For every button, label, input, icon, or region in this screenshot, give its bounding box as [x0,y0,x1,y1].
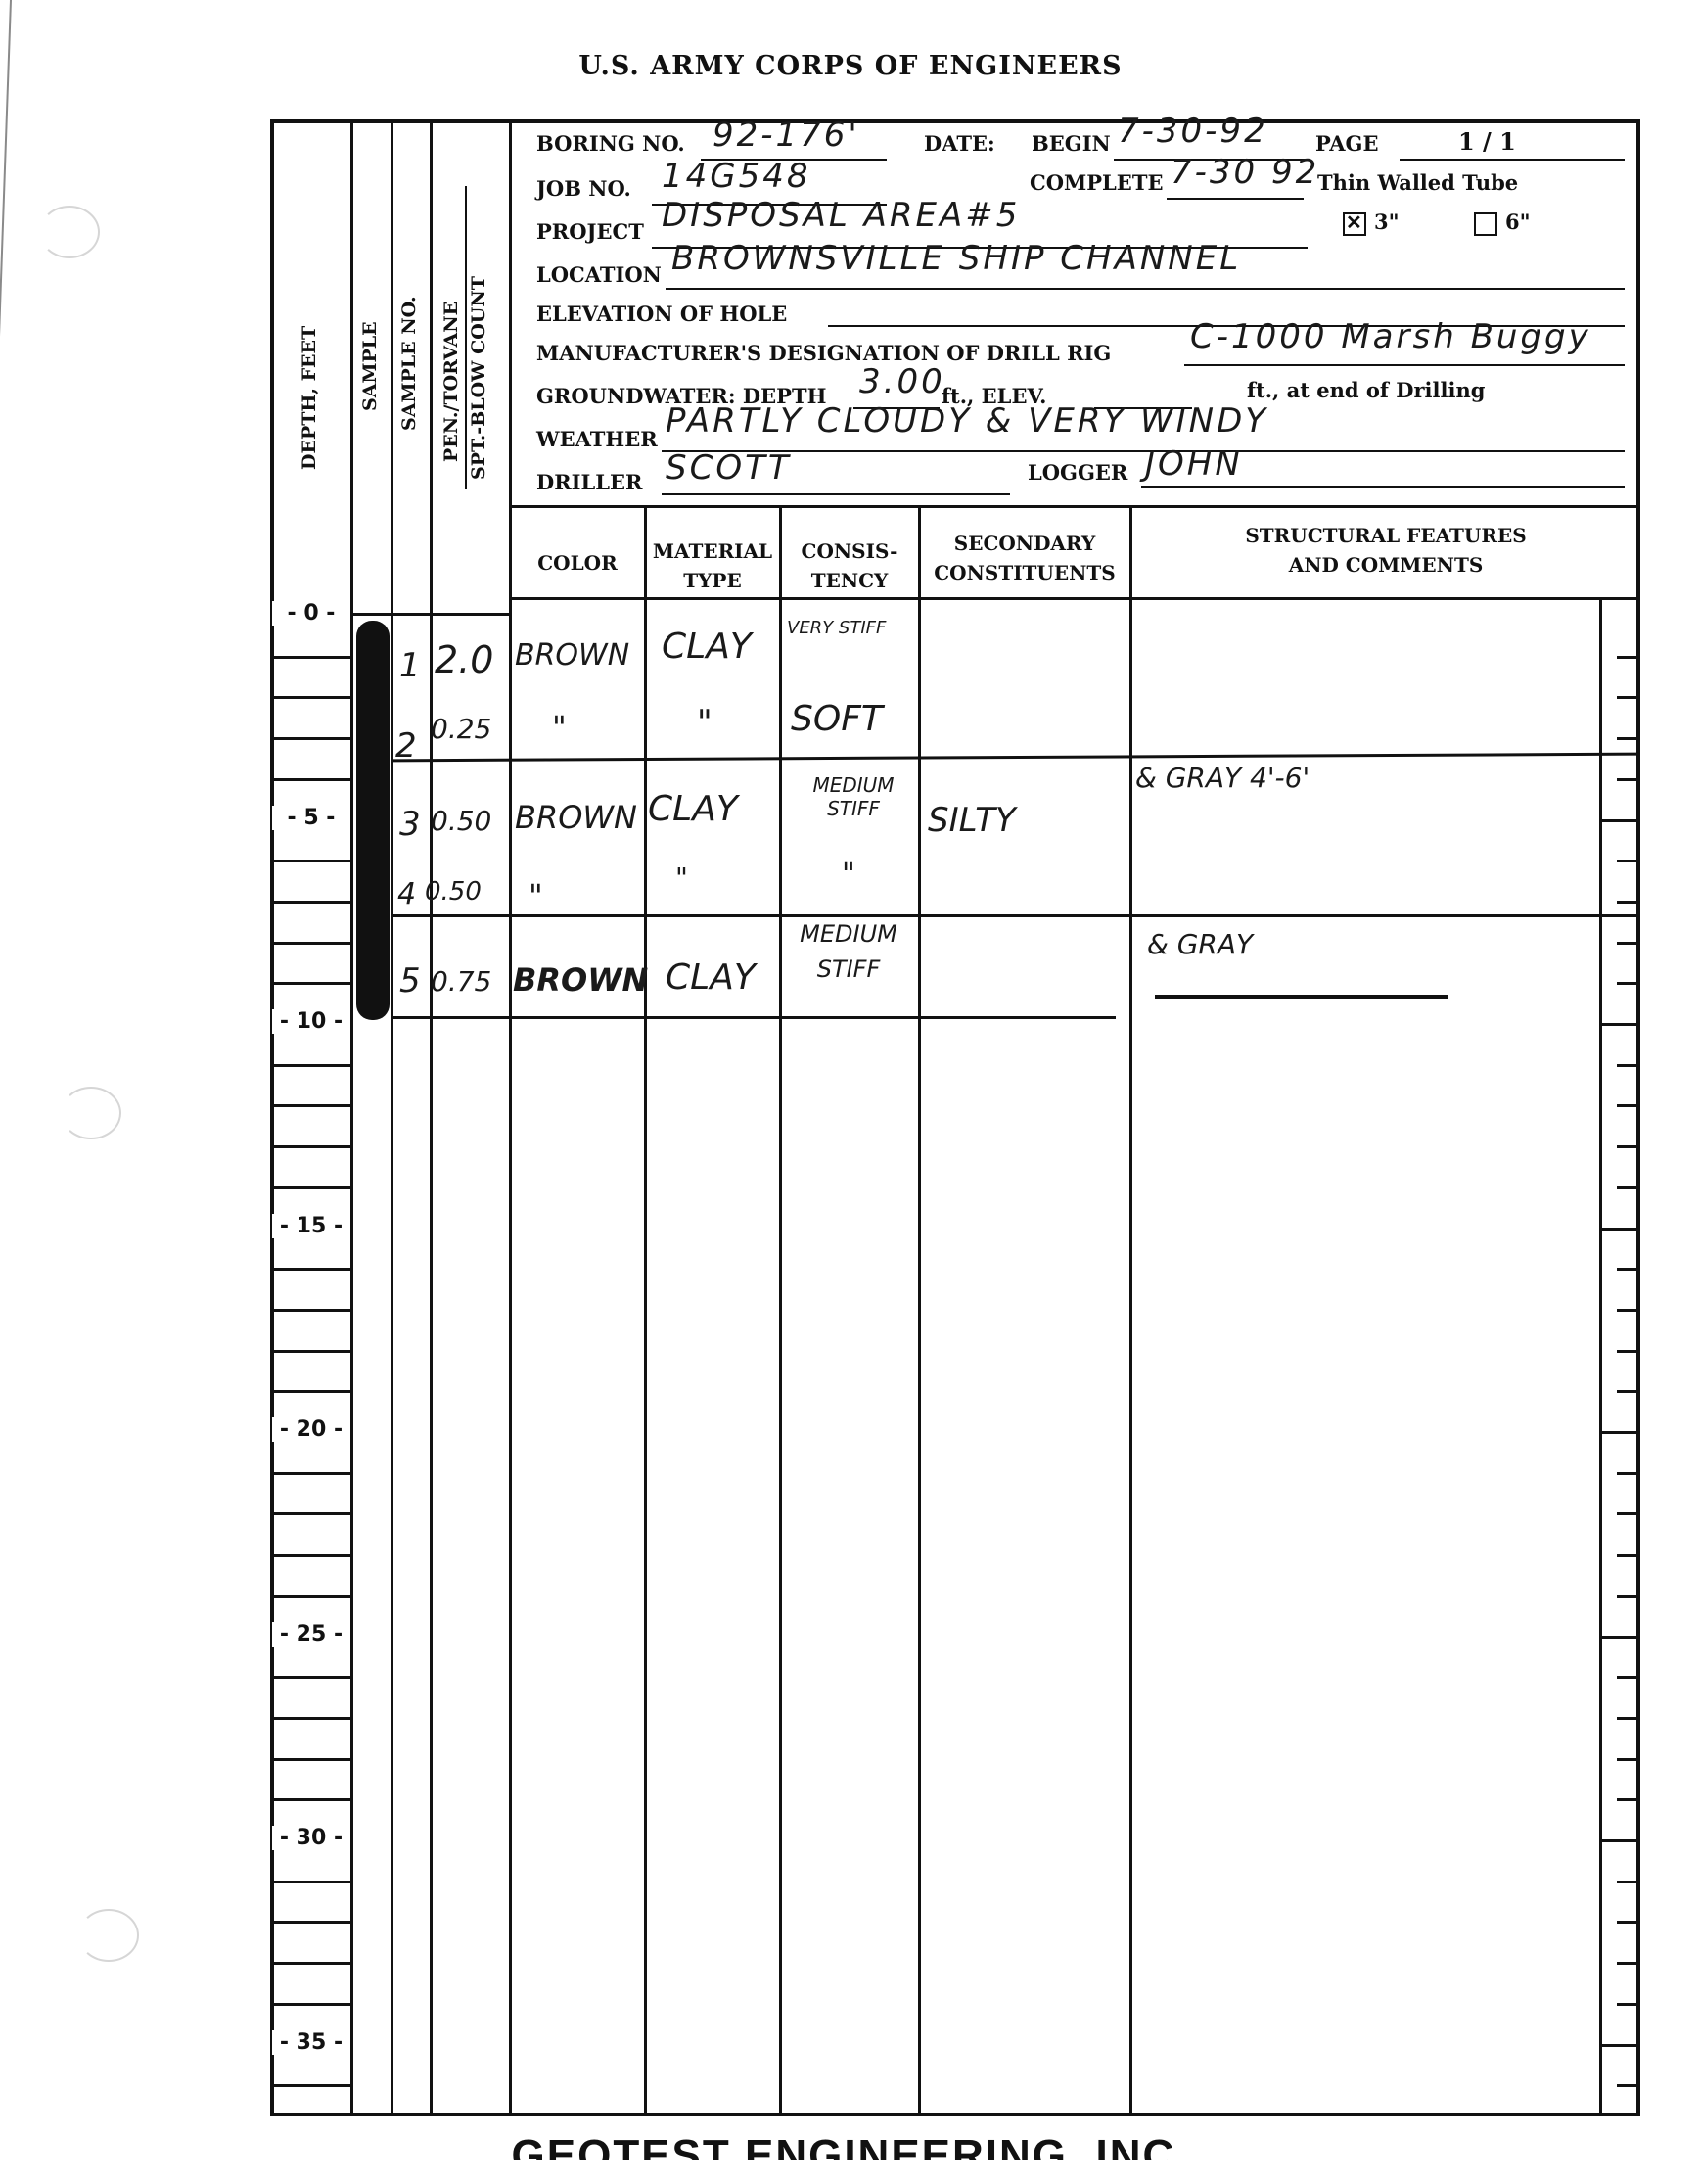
right-tick [1617,1309,1638,1312]
binder-hole-bottom [78,1909,139,1962]
sample-2-material: " [697,703,713,742]
depth-label: - 30 - [272,1826,350,1850]
depth-foot-line [270,2003,352,2006]
column-header-color: COLOR [511,548,644,578]
divider-material [779,505,782,2116]
job-no-label: JOB NO. [536,176,631,201]
boring-no-row: BORING NO. [536,131,685,156]
header-sample-no: SAMPLE NO. [398,296,420,431]
right-tick [1617,1512,1638,1515]
sample-interval-bar [356,621,390,1020]
groundwater-suffix: ft., at end of Drilling [1247,378,1485,402]
divider-sample [391,119,393,2116]
depth-foot-line [270,942,352,945]
depth-foot-line [270,1921,352,1924]
sample-3-comments: & GRAY 4'-6' [1135,762,1310,794]
location-value[interactable]: BROWNSVILLE SHIP CHANNEL [671,239,1241,278]
right-tick [1617,901,1638,904]
depth-foot-line [270,1104,352,1107]
right-tick [1617,1186,1638,1189]
right-tick [1617,2084,1638,2087]
right-tick [1617,1350,1638,1353]
depth-foot-line [270,2084,352,2087]
project-label: PROJECT [536,219,644,244]
divider-sample-no [430,119,433,2116]
drill-rig-value[interactable]: C-1000 Marsh Buggy [1190,317,1591,356]
depth-label: - 0 - [272,601,350,626]
right-tick [1617,696,1638,699]
page-label: PAGE [1315,131,1379,156]
right-tick [1617,778,1638,781]
sample-2-color: " [552,709,567,746]
sample-3-secondary: SILTY [928,801,1016,840]
consistency-header-line1: CONSIS- [781,536,918,566]
depth-foot-line [270,860,352,862]
sample-3-color: BROWN [515,799,637,836]
weather-label: WEATHER [536,427,658,451]
secondary-header-line2: CONSTITUENTS [920,558,1129,587]
right-tick [1617,1554,1638,1557]
weather-value[interactable]: PARTLY CLOUDY & VERY WINDY [666,401,1268,441]
tube-3in-option[interactable]: 3" [1343,209,1400,236]
right-major-tick [1601,1228,1638,1231]
material-header-line2: TYPE [646,566,779,595]
depth-foot-line [270,901,352,904]
boring-no-label: BORING NO. [536,131,685,156]
sample-2-pen: 0.25 [431,713,491,745]
column-header-material-type: MATERIAL TYPE [646,536,779,595]
depth-label: - 15 - [272,1214,350,1238]
right-tick [1617,982,1638,985]
depth-foot-line [270,1472,352,1475]
sample-3-pen: 0.50 [431,805,491,837]
binder-hole-top [39,206,100,258]
driller-value[interactable]: SCOTT [666,448,792,488]
tube-6in-checkbox[interactable] [1474,212,1497,236]
depth-foot-line [270,1962,352,1965]
right-tick [1617,1676,1638,1679]
depth-foot-line [270,737,352,740]
sample-1-no: 1 [399,646,421,685]
depth-label: - 35 - [272,2030,350,2055]
depth-foot-line [270,1881,352,1883]
depth-foot-line [270,982,352,985]
tube-6in-label: 6" [1505,209,1531,234]
driller-label: DRILLER [536,470,642,494]
begin-label: BEGIN [1032,131,1111,156]
drill-rig-label: MANUFACTURER'S DESIGNATION OF DRILL RIG [536,341,1111,365]
right-tick [1617,1268,1638,1271]
header-pen-torvane: PEN./TORVANE [440,302,462,462]
depth-foot-line [270,696,352,699]
tube-3in-label: 3" [1374,209,1400,234]
right-tick [1617,656,1638,659]
sample-1-color: BROWN [515,638,629,673]
boring-no-value[interactable]: 92-176' [713,116,860,155]
weather-underline [662,450,1625,452]
sample-4-consistency: " [842,858,855,892]
depth-foot-line [270,1512,352,1515]
depth-foot-line [270,656,352,659]
header-bottom-line [509,505,1640,508]
sample-3-no: 3 [399,805,421,844]
sample-2-no: 2 [395,726,417,766]
divider-depth [350,119,353,2116]
depth-label: - 10 - [272,1009,350,1034]
depth-foot-line [270,1798,352,1801]
structural-header-line1: STRUCTURAL FEATURES [1131,521,1640,550]
sample-5-material: CLAY [666,957,756,998]
right-tick [1617,1064,1638,1067]
right-tick [1617,1390,1638,1393]
right-tick [1617,737,1638,740]
right-tick [1617,1717,1638,1720]
location-underline [666,288,1625,290]
depth-foot-line [270,1758,352,1761]
complete-date-value[interactable]: 7-30 92 [1171,153,1319,192]
depth-foot-line [270,1309,352,1312]
column-header-consistency: CONSIS- TENCY [781,536,918,595]
right-major-tick [1601,1023,1638,1026]
secondary-header-line1: SECONDARY [920,529,1129,558]
header-depth-feet: DEPTH, FEET [299,326,320,470]
right-major-tick [1601,1839,1638,1842]
sample-4-pen: 0.50 [425,877,482,906]
elevation-label: ELEVATION OF HOLE [536,302,787,326]
complete-label: COMPLETE [1030,170,1163,195]
sample-5-comments: & GRAY [1147,928,1253,960]
right-tick [1617,1962,1638,1965]
depth-label: - 5 - [272,806,350,830]
depth-foot-line [270,1350,352,1353]
depth-foot-line [270,1595,352,1598]
depth-foot-line [270,1554,352,1557]
header-spt-blow-count: SPT.-BLOW COUNT [468,276,489,480]
right-tick [1617,1104,1638,1107]
page-title: U.S. ARMY CORPS OF ENGINEERS [0,51,1701,81]
depth-foot-line [270,1390,352,1393]
right-tick [1617,1881,1638,1883]
column-header-line [509,597,1640,600]
sample-3-consistency: MEDIUM STIFF [795,773,912,820]
comment-underline-stroke [1155,995,1448,999]
stratum-boundary-7ft [391,914,1640,917]
right-tick [1617,942,1638,945]
right-tick [1617,1145,1638,1148]
groundwater-depth-value[interactable]: 3.00 [859,362,945,401]
location-label: LOCATION [536,262,662,287]
sample-4-color: " [529,877,543,914]
sample-5-pen: 0.75 [431,965,491,998]
consistency-header-line2: TENCY [781,566,918,595]
divider-color [644,505,647,2116]
right-tick [1617,1798,1638,1801]
right-major-tick [1601,1636,1638,1639]
driller-underline [662,493,1010,495]
logger-label: LOGGER [1028,460,1127,485]
right-tick [1617,1595,1638,1598]
company-footer: GEOTEST ENGINEERING, INC. [0,2126,1701,2160]
depth-foot-line [270,1064,352,1067]
header-sample: SAMPLE [359,321,381,411]
page-value[interactable]: 1 / 1 [1458,127,1516,156]
sample-1-pen: 2.0 [435,638,493,681]
sample-1-consistency: VERY STIFF [787,619,904,638]
date-label: DATE: [924,131,995,156]
sample-5-color: BROWN [513,961,648,999]
sample-2-consistency: SOFT [791,699,883,739]
right-tick [1617,1472,1638,1475]
structural-header-line2: AND COMMENTS [1131,550,1640,580]
material-header-line1: MATERIAL [646,536,779,566]
divider-secondary [1129,505,1132,2116]
divider-consistency [918,505,921,2116]
header-fraction-bar [465,186,467,489]
depth-foot-line [270,1676,352,1679]
complete-date-underline [1167,198,1304,200]
right-tick [1617,1758,1638,1761]
sample-5-consistency: MEDIUM STIFF [785,916,912,987]
right-major-tick [1601,1431,1638,1434]
thin-walled-tube-label: Thin Walled Tube [1317,170,1518,195]
depth-foot-line [270,1145,352,1148]
drill-rig-underline [1184,364,1625,366]
sample-1-material: CLAY [662,627,752,667]
page-edge [0,0,12,2184]
right-major-tick [1601,2044,1638,2047]
depth-foot-line [270,778,352,781]
sample-4-no: 4 [397,877,416,911]
tube-3in-checkbox[interactable] [1343,212,1366,236]
right-major-tick [1601,819,1638,822]
stratum-boundary-10ft [391,1016,1116,1019]
project-value[interactable]: DISPOSAL AREA#5 [662,196,1020,235]
sample-3-material: CLAY [648,789,738,829]
logger-value[interactable]: JOHN [1145,444,1243,484]
column-header-secondary-constituents: SECONDARY CONSTITUENTS [920,529,1129,587]
depth-foot-line [270,1268,352,1271]
depth-label: - 25 - [272,1622,350,1647]
depth-foot-line [270,1186,352,1189]
depth-label: - 20 - [272,1417,350,1442]
divider-tick-column [1599,597,1602,2116]
right-tick [1617,2003,1638,2006]
right-tick [1617,860,1638,862]
tube-6in-option[interactable]: 6" [1474,209,1531,236]
right-tick [1617,1921,1638,1924]
depth-foot-line [270,1717,352,1720]
sample-4-material: " [675,861,688,894]
sample-5-no: 5 [399,961,421,1000]
column-header-structural-features: STRUCTURAL FEATURES AND COMMENTS [1131,521,1640,580]
job-no-value[interactable]: 14G548 [662,157,811,196]
begin-date-value[interactable]: 7-30-92 [1118,112,1268,151]
binder-hole-middle [61,1087,121,1139]
divider-pen [509,119,512,2116]
logger-underline [1141,486,1625,488]
page-underline [1400,159,1625,161]
